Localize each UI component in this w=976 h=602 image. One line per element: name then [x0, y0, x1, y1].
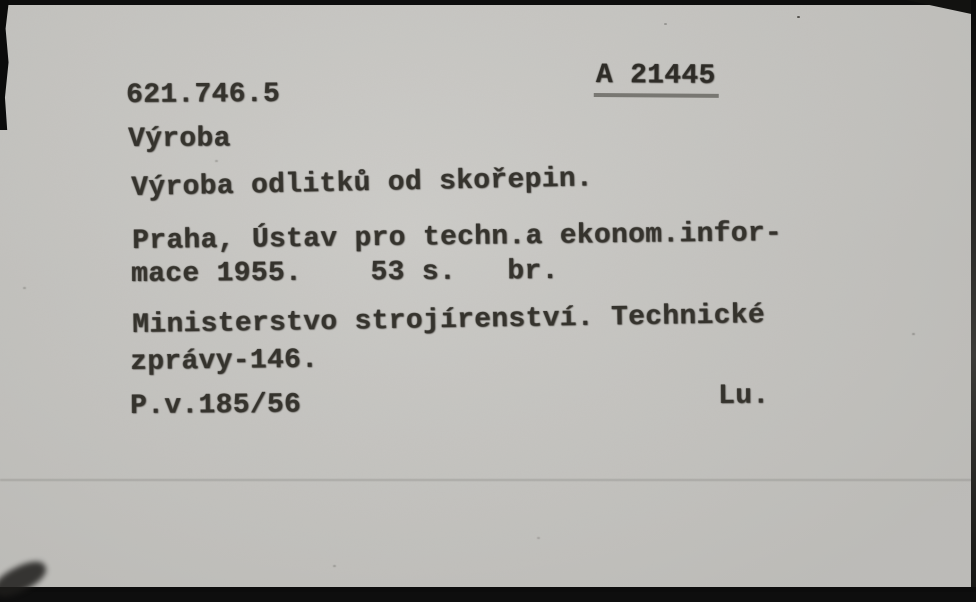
subject-heading: Výroba	[128, 123, 231, 155]
record-number: P.v.185/56	[130, 390, 301, 422]
imprint-line-1: Praha, Ústav pro techn.a ekonom.infor-	[132, 218, 782, 257]
library-catalog-card: 621.746.5 A 21445 Výroba Výroba odlitků …	[0, 0, 976, 592]
udc-number: 621.746.5	[126, 79, 280, 111]
scan-edge-right	[971, 0, 976, 592]
scan-specks	[797, 16, 800, 18]
title-line: Výroba odlitků od skořepin.	[131, 163, 593, 204]
scan-edge-top-right	[906, 0, 976, 15]
series-line-1: Ministerstvo strojírenství. Technické	[132, 300, 765, 341]
cataloguer-initials: Lu.	[718, 381, 770, 412]
imprint-line-2: mace 1955. 53 s. br.	[131, 256, 559, 290]
scan-edge-top	[0, 0, 976, 5]
scan-edge-bottom	[0, 587, 976, 592]
accession-number: A 21445	[594, 60, 719, 98]
series-line-2: zprávy-146.	[130, 345, 319, 378]
scan-edge-left	[0, 0, 9, 130]
paper-crease-line	[0, 479, 976, 481]
